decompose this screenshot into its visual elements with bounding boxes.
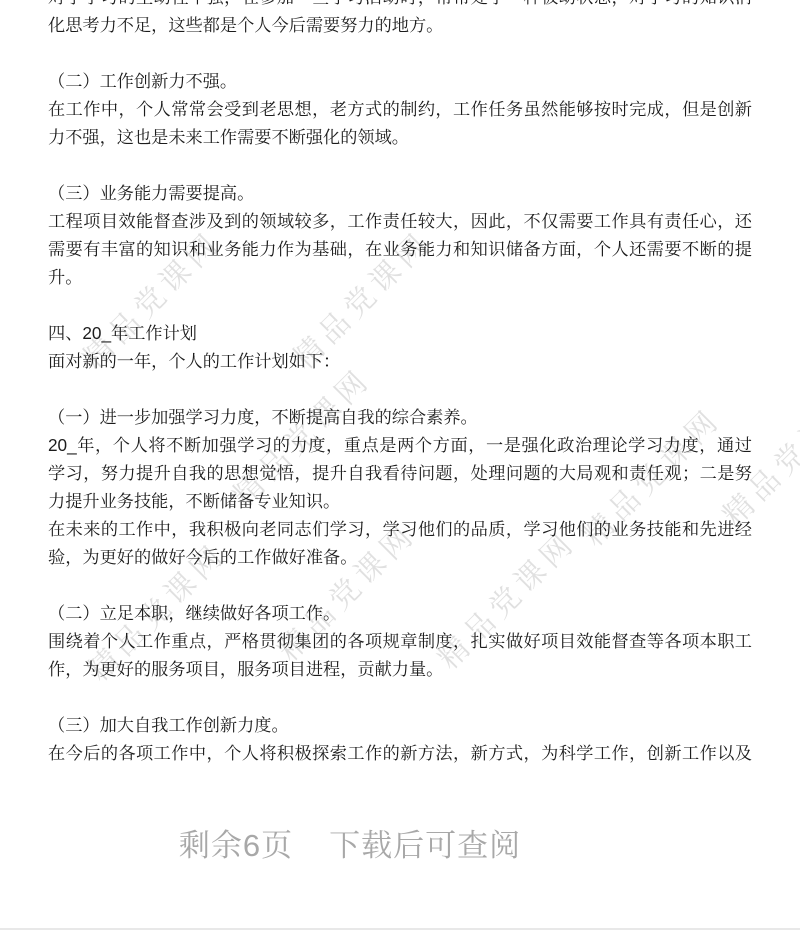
text-line: 化思考力不足，这些都是个人今后需要努力的地方。 <box>48 11 752 39</box>
blank-line <box>48 683 752 711</box>
text-line: 围绕着个人工作重点，严格贯彻集团的各项规章制度，扎实做好项目效能督查等各项本职工 <box>48 627 752 655</box>
text-line: 验，为更好的做好今后的工作做好准备。 <box>48 543 752 571</box>
blank-line <box>48 39 752 67</box>
text-line: 在工作中，个人常常会受到老思想，老方式的制约，工作任务虽然能够按时完成，但是创新 <box>48 95 752 123</box>
text-line: 需要有丰富的知识和业务能力作为基础，在业务能力和知识储备方面，个人还需要不断的提 <box>48 235 752 263</box>
text-line: （三）业务能力需要提高。 <box>48 179 752 207</box>
preview-footer: 剩余6页下载后可查阅 <box>0 826 750 866</box>
text-line: （三）加大自我工作创新力度。 <box>48 711 752 739</box>
text-line: 对于学习的主动性不强，在参加一些学习活动时，常常处于一种被动状态，对学习的知识消 <box>48 0 752 11</box>
text-line: 在未来的工作中，我积极向老同志们学习，学习他们的品质，学习他们的业务技能和先进经 <box>48 515 752 543</box>
text-line: 面对新的一年，个人的工作计划如下： <box>48 347 752 375</box>
text-line: 20_年，个人将不断加强学习的力度，重点是两个方面，一是强化政治理论学习力度，通… <box>48 431 752 459</box>
text-line: 力提升业务技能，不断储备专业知识。 <box>48 487 752 515</box>
blank-line <box>48 151 752 179</box>
text-line: 学习，努力提升自我的思想觉悟，提升自我看待问题，处理问题的大局观和责任观；二是努 <box>48 459 752 487</box>
text-line: 工程项目效能督查涉及到的领域较多，工作责任较大，因此，不仅需要工作具有责任心，还 <box>48 207 752 235</box>
text-line: （二）立足本职，继续做好各项工作。 <box>48 599 752 627</box>
text-line: （一）进一步加强学习力度，不断提高自我的综合素养。 <box>48 403 752 431</box>
remaining-pages-label: 剩余6页 <box>179 828 293 863</box>
text-line: 升。 <box>48 263 752 291</box>
blank-line <box>48 375 752 403</box>
blank-line <box>48 291 752 319</box>
blank-line <box>48 571 752 599</box>
download-hint-label: 下载后可查阅 <box>329 826 521 866</box>
document-page: 对于学习的主动性不强，在参加一些学习活动时，常常处于一种被动状态，对学习的知识消… <box>48 0 752 767</box>
text-line: 作，为更好的服务项目，服务项目进程，贡献力量。 <box>48 655 752 683</box>
text-line: 力不强，这也是未来工作需要不断强化的领域。 <box>48 123 752 151</box>
text-line: （二）工作创新力不强。 <box>48 67 752 95</box>
text-line: 四、20_年工作计划 <box>48 319 752 347</box>
text-line: 在今后的各项工作中，个人将积极探索工作的新方法，新方式，为科学工作，创新工作以及 <box>48 739 752 767</box>
